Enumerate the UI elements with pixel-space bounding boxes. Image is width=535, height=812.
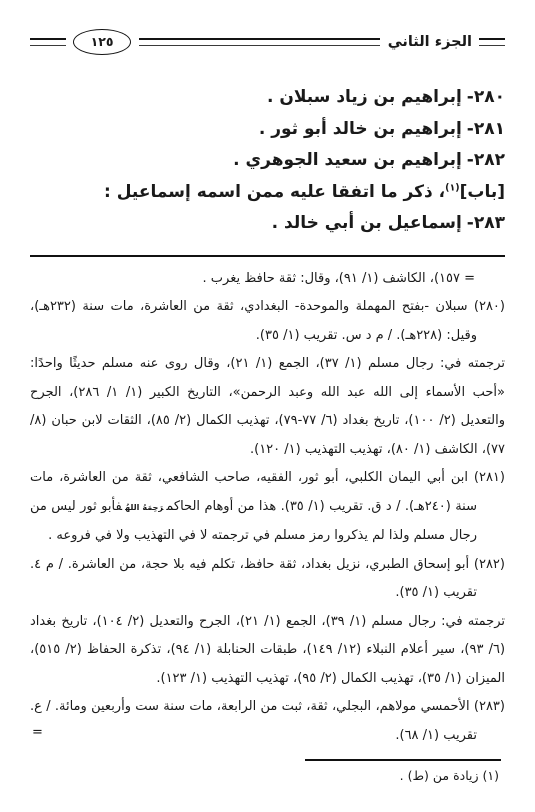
page-number-oval: ١٢٥ [73, 29, 131, 55]
entry-line-283: ٢٨٣-إسماعيل بن أبي خالد . [30, 208, 505, 240]
main-text: ٢٨٠-إبراهيم بن زياد سبلان . ٢٨١-إبراهيم … [30, 82, 505, 240]
footnote-282: (٢٨٢) أبو إسحاق الطبري، نزيل بغداد، ثقة … [30, 551, 505, 608]
continuation-mark: = [32, 719, 43, 748]
bottom-footnote: (١) زيادة من (ط) . [30, 765, 499, 787]
entry-line-281: ٢٨١-إبراهيم بن خالد أبو ثور . [30, 114, 505, 146]
bottom-footnote-rule [305, 759, 501, 761]
entry-number: ٢٨٠- [467, 87, 505, 107]
footnote-280: (٢٨٠) سبلان -بفتح المهملة والموحدة- البغ… [30, 293, 505, 350]
entry-number: ٢٨٣- [467, 213, 505, 233]
entry-line-282: ٢٨٢-إبراهيم بن سعيد الجوهري . [30, 145, 505, 177]
header-rule-long [139, 38, 380, 46]
footnote-282-sources: ترجمته في: رجال مسلم (١/ ٣٩)، الجمع (١/ … [30, 608, 505, 694]
entry-number: ٢٨١- [467, 119, 505, 139]
footnotes-section: = ١٥٧)، الكاشف (١/ ٩١)، وقال: ثقة حافظ ي… [30, 265, 505, 751]
rahimahullah-honorific-mark: رَحِمَهُ اللهُ [125, 503, 163, 512]
entry-number: ٢٨٢- [467, 150, 505, 170]
footnote-283: (٢٨٣) الأحمسي مولاهم، البجلي، ثقة، ثبت م… [30, 693, 505, 750]
bab-bracket: [باب] [460, 182, 505, 202]
footnote-281: (٢٨١) ابن أبي اليمان الكلبي، أبو ثور، ال… [30, 464, 505, 551]
entry-name: إبراهيم بن سعيد الجوهري . [233, 150, 462, 170]
entry-name: إبراهيم بن خالد أبو ثور . [259, 119, 462, 139]
footnote-280-sources: ترجمته في: رجال مسلم (١/ ٣٧)، الجمع (١/ … [30, 350, 505, 464]
footnote-283-text: (٢٨٣) الأحمسي مولاهم، البجلي، ثقة، ثبت م… [30, 699, 505, 743]
footnote-marker: (١) [445, 182, 460, 193]
page-number: ١٢٥ [91, 36, 114, 49]
entry-name: إسماعيل بن أبي خالد . [272, 213, 462, 233]
bab-heading: [باب](١)، ذكر ما اتفقا عليه ممن اسمه إسم… [30, 177, 505, 209]
page-header: الجزء الثاني ١٢٥ [30, 28, 505, 56]
footnote-separator-rule [30, 255, 505, 257]
book-page: الجزء الثاني ١٢٥ ٢٨٠-إبراهيم بن زياد سبل… [0, 0, 535, 812]
entry-line-280: ٢٨٠-إبراهيم بن زياد سبلان . [30, 82, 505, 114]
entry-name: إبراهيم بن زياد سبلان . [267, 87, 462, 107]
footnote-continuation-prev-page: = ١٥٧)، الكاشف (١/ ٩١)، وقال: ثقة حافظ ي… [30, 265, 505, 294]
header-rule-right [479, 38, 505, 46]
volume-title: الجزء الثاني [388, 34, 472, 50]
header-rule-left [30, 38, 66, 46]
bab-text: ، ذكر ما اتفقا عليه ممن اسمه إسماعيل : [104, 182, 445, 202]
